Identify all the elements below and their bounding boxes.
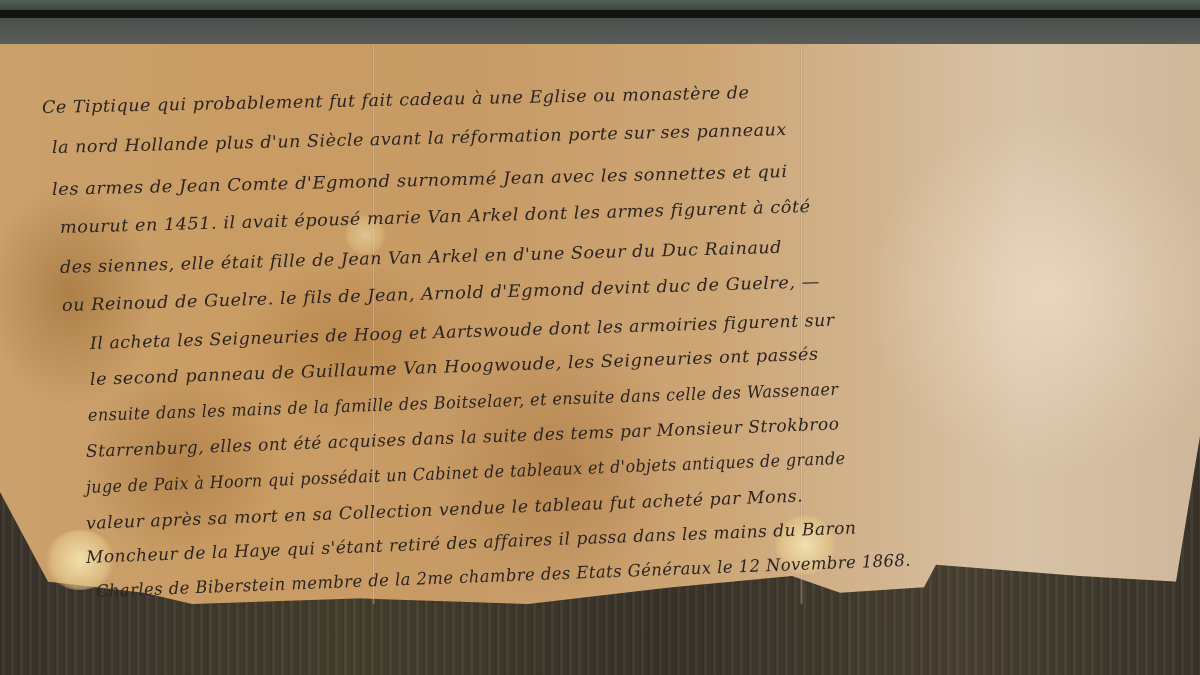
tape-strip [0,18,1200,48]
